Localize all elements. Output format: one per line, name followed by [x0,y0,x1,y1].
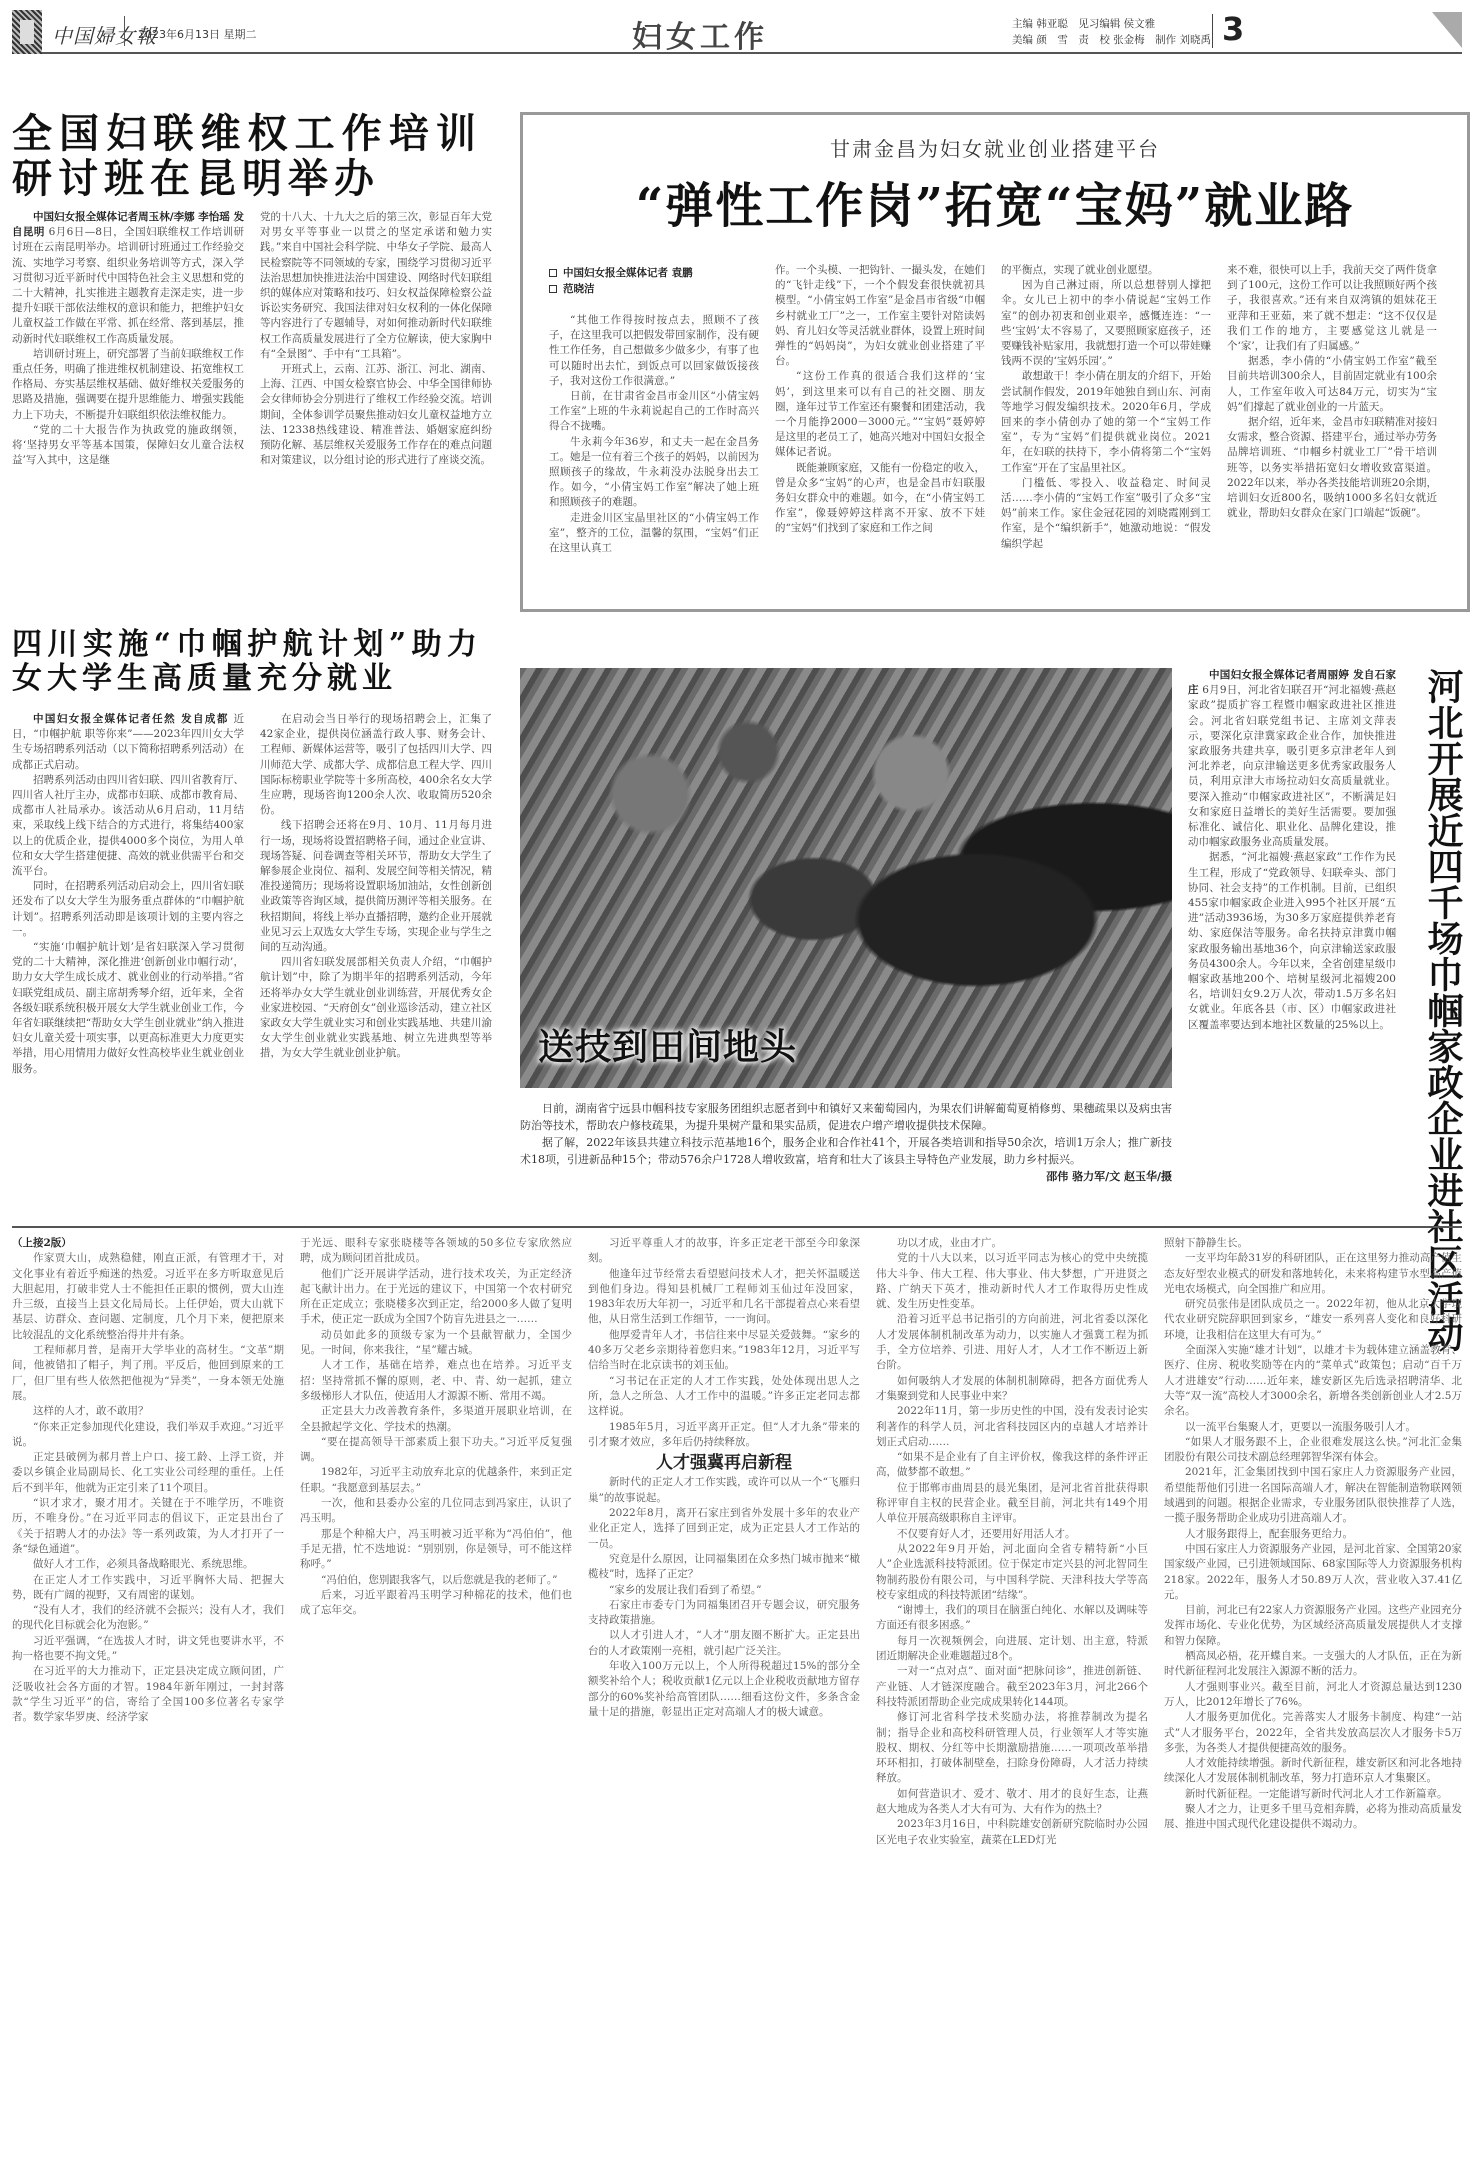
photo-vineyard: 送技到田间地头 [520,668,1172,1088]
byline-sichuan: 中国妇女报全媒体记者任然 发自成都 [33,713,229,725]
page-number-divider [1212,14,1213,48]
photo-title-overlay: 送技到田间地头 [538,1019,797,1070]
subheading: 人才强冀再启新程 [588,1456,860,1471]
lower-story-col4: 功以才成，业由才广。 党的十八大以来，以习近平同志为核心的党中央统揽伟大斗争、伟… [876,1236,1148,2156]
page-number: 3 [1222,10,1244,48]
feature-box-gansu: 甘肃金昌为妇女就业创业搭建平台 “弹性工作岗”拓宽“宝妈”就业路 中国妇女报全媒… [520,112,1470,612]
continued-from-label: （上接2版） [12,1236,284,1251]
lower-story-col5: 照射下静静生长。 一支平均年龄31岁的科研团队，正在这里努力推动高产值生态友好型… [1164,1236,1462,2156]
bullet-square-icon [549,285,557,293]
article-sichuan-col1: 中国妇女报全媒体记者任然 发自成都 近日，“巾帼护航 职等你来”——2023年四… [12,712,244,1212]
section-divider [12,1226,1462,1228]
feature-col1: “其他工作得按时按点去，照顾不了孩子，在这里我可以把假发带回家制作，没有硬性工作… [549,313,759,603]
editor-credits-line1: 主编 韩亚聪 见习编辑 侯文雅 [1012,16,1211,32]
feature-byline: 中国妇女报全媒体记者 袁鹏 范晓洁 [549,265,693,297]
qr-code-icon [12,10,42,54]
feature-col3: 的平衡点，实现了就业创业愿望。 因为自己淋过雨，所以总想替别人撑把伞。女儿已上初… [1001,263,1211,603]
masthead-divider [124,16,125,46]
lower-story-col1: （上接2版） 作家贾大山，成熟稳健，刚直正派，有管理才干，对文化事业有着近乎痴迷… [12,1236,284,2156]
headline-kunming: 全国妇联维权工作培训研讨班在昆明举办 [12,112,482,202]
feature-kicker: 甘肃金昌为妇女就业创业搭建平台 [523,133,1467,162]
editor-credits: 主编 韩亚聪 见习编辑 侯文雅 美编 颜 雪 责 校 张金梅 制作 刘晓禹 [1012,16,1211,48]
feature-col4: 来不难，很快可以上手，我前天交了两件货拿到了100元，这份工作可以让我照顾好两个… [1227,263,1437,603]
article-hebei-body: 中国妇女报全媒体记者周丽婷 发自石家庄 6月9日，河北省妇联召开“河北福嫂·燕赵… [1188,668,1396,1208]
article-sichuan-col2: 在启动会当日举行的现场招聘会上，汇集了42家企业，提供岗位涵盖行政人事、财务会计… [260,712,492,1212]
photo-credit: 邵伟 骆力军/文 赵玉华/摄 [520,1168,1172,1185]
editor-credits-line2: 美编 颜 雪 责 校 张金梅 制作 刘晓禹 [1012,32,1211,48]
feature-headline: “弹性工作岗”拓宽“宝妈”就业路 [523,167,1467,236]
feature-col2: 作。一个头模、一把钩针、一撮头发，在她们的“飞针走线”下，一个个假发套很快就初具… [775,263,985,603]
lower-story-col3: 习近平尊重人才的故事，许多正定老干部至今印象深刻。 他逢年过节经常去看望慰问技术… [588,1236,860,2156]
photo-caption-text: 日前，湖南省宁远县巾帼科技专家服务团组织志愿者到中和镇好又来葡萄园内，为果农们讲… [520,1100,1172,1185]
article-kunming-col2: 党的十八大、十九大之后的第三次，彰显百年大党对男女平等事业一以贯之的坚定承诺和勉… [260,210,492,610]
masthead: 中国婦女報 2023年6月13日 星期二 妇女工作 主编 韩亚聪 见习编辑 侯文… [12,10,1462,54]
lower-story-col2: 于光远、眼科专家张晓楼等各领域的50多位专家欣然应聘，成为顾问团首批成员。 他们… [300,1236,572,2156]
bullet-square-icon [549,269,557,277]
issue-date: 2023年6月13日 星期二 [138,26,257,42]
section-title: 妇女工作 [632,12,768,56]
page-corner-triangle-icon [1432,12,1462,48]
headline-sichuan: 四川实施“巾帼护航计划”助力女大学生高质量充分就业 [12,628,482,695]
article-kunming-col1: 中国妇女报全媒体记者周玉林/李娜 李怡瑶 发自昆明 6月6日—8日，全国妇联维权… [12,210,244,610]
